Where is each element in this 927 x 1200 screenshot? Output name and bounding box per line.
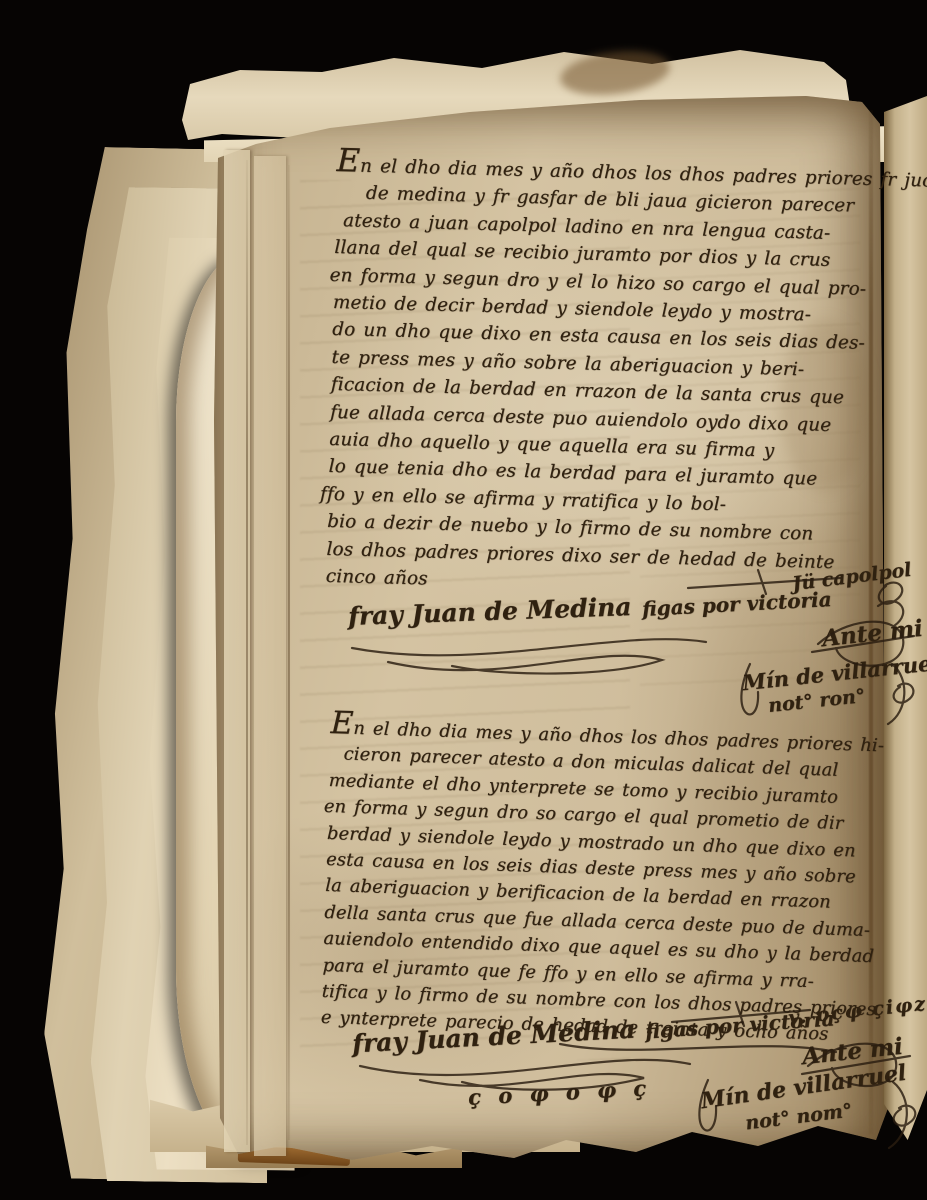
leaf-seam-1 — [246, 160, 248, 1145]
leaf-seam-2 — [288, 165, 290, 1140]
underleaf-edge-strip-2 — [254, 156, 286, 1156]
manuscript-entry-2: En el dho dia mes y año dhos los dhos pa… — [320, 713, 910, 1051]
manuscript-entry-1: En el dho dia mes y año dhos los dhos pa… — [325, 149, 911, 605]
manuscript-photo: En el dho dia mes y año dhos los dhos pa… — [0, 0, 927, 1200]
